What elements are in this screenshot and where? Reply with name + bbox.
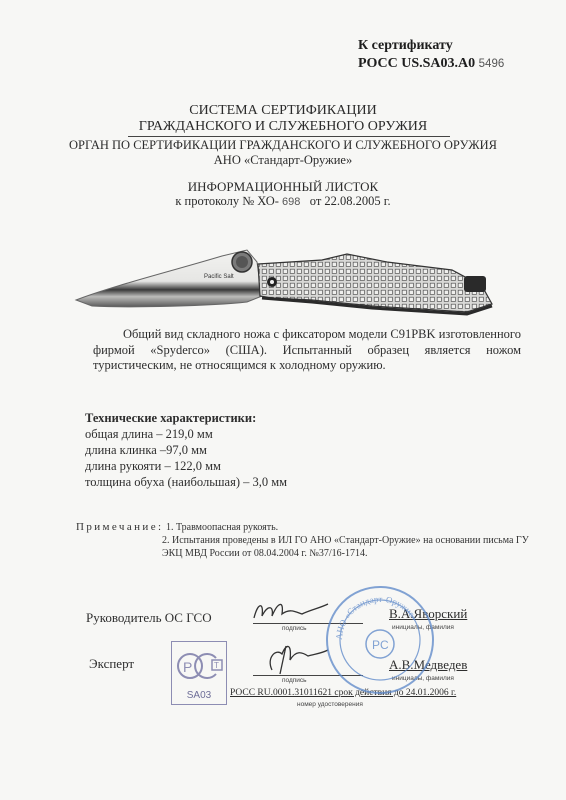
reference-prefix: РОСС US.SA03.A0 bbox=[358, 56, 475, 71]
protocol-number: 698 bbox=[282, 196, 300, 208]
notes-section: Примечание: 1. Травмоопасная рукоять. 2.… bbox=[76, 521, 536, 534]
svg-text:T: T bbox=[214, 661, 219, 670]
expert-signature-caption: подпись bbox=[282, 677, 307, 684]
pct-code: SA03 bbox=[172, 690, 226, 701]
description-text: Общий вид складного ножа с фиксатором мо… bbox=[93, 327, 521, 372]
expert-signature-icon bbox=[262, 640, 332, 676]
pct-logo-icon: P T bbox=[172, 642, 226, 686]
system-title-line1: СИСТЕМА СЕРТИФИКАЦИИ bbox=[0, 103, 566, 119]
svg-text:АНО «Стандарт-Оружие»: АНО «Стандарт-Оружие» bbox=[334, 594, 420, 640]
head-role: Руководитель ОС ГСО bbox=[86, 610, 212, 626]
pct-mark: P T SA03 bbox=[171, 641, 227, 705]
certification-body-line2: АНО «Стандарт-Оружие» bbox=[0, 153, 566, 168]
spec-item: общая длина – 219,0 мм bbox=[85, 426, 287, 442]
system-title-line2: ГРАЖДАНСКОГО И СЛУЖЕБНОГО ОРУЖИЯ bbox=[0, 119, 566, 135]
note-item: 1. Травмоопасная рукоять. bbox=[166, 522, 278, 533]
stamp-text: АНО «Стандарт-Оружие» bbox=[334, 594, 420, 640]
reference-line1: К сертификату bbox=[358, 37, 504, 55]
reference-number: 5496 bbox=[479, 58, 505, 70]
folding-knife-icon: Pacific Salt bbox=[72, 226, 502, 318]
reference-line2: РОСС US.SA03.A0 5496 bbox=[358, 55, 504, 73]
spec-item: длина рукояти – 122,0 мм bbox=[85, 458, 287, 474]
description-paragraph: Общий вид складного ножа с фиксатором мо… bbox=[93, 327, 521, 374]
protocol-date: от 22.08.2005 г. bbox=[310, 194, 391, 208]
svg-text:P: P bbox=[183, 659, 192, 675]
head-signature-icon bbox=[250, 598, 330, 624]
blade-marking: Pacific Salt bbox=[204, 274, 234, 280]
certificate-reference: К сертификату РОСС US.SA03.A0 5496 bbox=[358, 37, 504, 73]
technical-specs: Технические характеристики: общая длина … bbox=[85, 410, 287, 490]
protocol-line: к протоколу № ХО- 698 от 22.08.2005 г. bbox=[0, 194, 566, 209]
note-item: 2. Испытания проведены в ИЛ ГО АНО «Стан… bbox=[162, 534, 542, 560]
certification-body-line1: ОРГАН ПО СЕРТИФИКАЦИИ ГРАЖДАНСКОГО И СЛУ… bbox=[0, 138, 566, 153]
notes-label: Примечание: bbox=[76, 521, 163, 533]
document-title: ИНФОРМАЦИОННЫЙ ЛИСТОК bbox=[0, 179, 566, 195]
spec-item: длина клинка –97,0 мм bbox=[85, 442, 287, 458]
head-signature-caption: подпись bbox=[282, 625, 307, 632]
protocol-prefix: к протоколу № ХО- bbox=[175, 194, 279, 208]
round-stamp-icon: PC АНО «Стандарт-Оружие» bbox=[324, 584, 436, 696]
svg-text:PC: PC bbox=[372, 638, 389, 652]
expert-role: Эксперт bbox=[89, 656, 134, 672]
spec-item: толщина обуха (наибольшая) – 3,0 мм bbox=[85, 474, 287, 490]
header-divider bbox=[128, 136, 450, 137]
certificate-caption: номер удостоверения bbox=[297, 701, 363, 708]
document-page: К сертификату РОСС US.SA03.A0 5496 СИСТЕ… bbox=[0, 0, 566, 800]
specs-title: Технические характеристики: bbox=[85, 410, 287, 426]
